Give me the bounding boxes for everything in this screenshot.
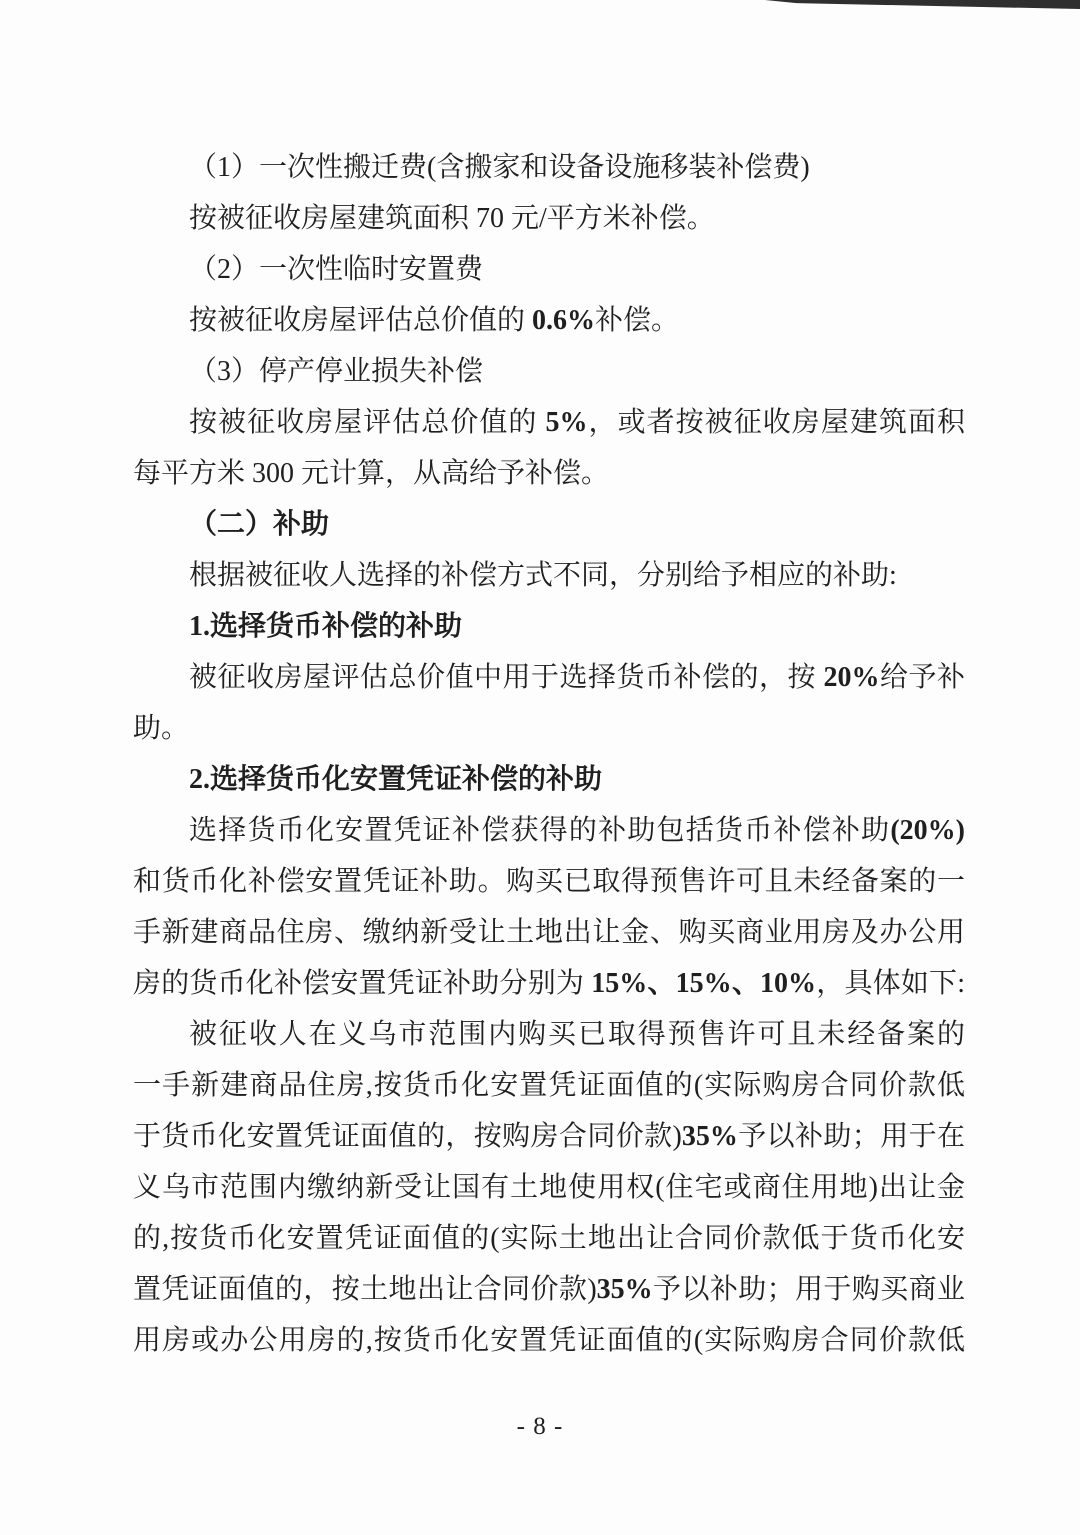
- text-segment: ，具体如下:: [816, 968, 965, 999]
- text-segment: 房的货币化补偿安置凭证补助分别为: [133, 968, 591, 999]
- text-line: 根据被征收人选择的补偿方式不同，分别给予相应的补助:: [133, 550, 965, 601]
- bold-text-segment: 5%: [546, 407, 588, 438]
- bold-text-segment: 35%: [597, 1274, 653, 1305]
- bold-text-segment: 15%、15%、10%: [591, 968, 816, 999]
- bold-text-segment: (20%): [890, 815, 965, 846]
- text-segment: 予以补助；用于购买商业: [653, 1274, 965, 1305]
- text-line: （1）一次性搬迁费(含搬家和设备设施移装补偿费): [133, 142, 965, 193]
- scan-edge-artifact: [765, 0, 1080, 9]
- text-segment: 每平方米 300 元计算，从高给予补偿。: [133, 458, 609, 489]
- bold-text-segment: 2.选择货币化安置凭证补偿的补助: [189, 764, 602, 795]
- text-segment: 义乌市范围内缴纳新受让国有土地使用权(住宅或商住用地)出让金: [133, 1172, 965, 1203]
- text-segment: 给予补: [879, 662, 965, 693]
- text-segment: 按被征收房屋评估总价值的: [189, 407, 546, 438]
- text-line: 和货币化补偿安置凭证补助。购买已取得预售许可且未经备案的一: [133, 856, 965, 907]
- text-segment: 和货币化补偿安置凭证补助。购买已取得预售许可且未经备案的一: [133, 866, 965, 897]
- text-line: 手新建商品住房、缴纳新受让土地出让金、购买商业用房及办公用: [133, 907, 965, 958]
- text-segment: 用房或办公用房的,按货币化安置凭证面值的(实际购房合同价款低: [133, 1325, 965, 1356]
- text-line: 置凭证面值的，按土地出让合同价款)35%予以补助；用于购买商业: [133, 1264, 965, 1315]
- bold-text-segment: （二）补助: [189, 509, 329, 540]
- text-segment: 被征收人在义乌市范围内购买已取得预售许可且未经备案的: [189, 1019, 965, 1050]
- text-segment: 助。: [133, 713, 189, 744]
- text-segment: （1）一次性搬迁费(含搬家和设备设施移装补偿费): [189, 152, 810, 183]
- text-line: 助。: [133, 703, 965, 754]
- text-segment: 按被征收房屋评估总价值的: [189, 305, 532, 336]
- text-line: 1.选择货币补偿的补助: [133, 601, 965, 652]
- document-body: （1）一次性搬迁费(含搬家和设备设施移装补偿费)按被征收房屋建筑面积 70 元/…: [133, 142, 965, 1366]
- text-line: 的,按货币化安置凭证面值的(实际土地出让合同价款低于货币化安: [133, 1213, 965, 1264]
- text-segment: 根据被征收人选择的补偿方式不同，分别给予相应的补助:: [189, 560, 897, 591]
- text-segment: 的,按货币化安置凭证面值的(实际土地出让合同价款低于货币化安: [133, 1223, 965, 1254]
- text-segment: 置凭证面值的，按土地出让合同价款): [133, 1274, 597, 1305]
- text-segment: 手新建商品住房、缴纳新受让土地出让金、购买商业用房及办公用: [133, 917, 965, 948]
- text-segment: 补偿。: [595, 305, 679, 336]
- text-segment: 予以补助；用于在: [738, 1121, 965, 1152]
- text-line: 义乌市范围内缴纳新受让国有土地使用权(住宅或商住用地)出让金: [133, 1162, 965, 1213]
- text-line: 按被征收房屋评估总价值的 0.6%补偿。: [133, 295, 965, 346]
- text-line: 按被征收房屋建筑面积 70 元/平方米补偿。: [133, 193, 965, 244]
- text-segment: 被征收房屋评估总价值中用于选择货币补偿的，按: [189, 662, 823, 693]
- text-line: 按被征收房屋评估总价值的 5%，或者按被征收房屋建筑面积: [133, 397, 965, 448]
- text-segment: （2）一次性临时安置费: [189, 254, 483, 285]
- bold-text-segment: 0.6%: [532, 305, 595, 336]
- text-segment: 选择货币化安置凭证补偿获得的补助包括货币补偿补助: [189, 815, 890, 846]
- text-line: 于货币化安置凭证面值的，按购房合同价款)35%予以补助；用于在: [133, 1111, 965, 1162]
- text-line: 用房或办公用房的,按货币化安置凭证面值的(实际购房合同价款低: [133, 1315, 965, 1366]
- text-line: （2）一次性临时安置费: [133, 244, 965, 295]
- text-line: 每平方米 300 元计算，从高给予补偿。: [133, 448, 965, 499]
- text-line: 2.选择货币化安置凭证补偿的补助: [133, 754, 965, 805]
- bold-text-segment: 1.选择货币补偿的补助: [189, 611, 462, 642]
- text-line: 被征收房屋评估总价值中用于选择货币补偿的，按 20%给予补: [133, 652, 965, 703]
- text-line: 房的货币化补偿安置凭证补助分别为 15%、15%、10%，具体如下:: [133, 958, 965, 1009]
- bold-text-segment: 35%: [682, 1121, 738, 1152]
- text-line: 选择货币化安置凭证补偿获得的补助包括货币补偿补助(20%): [133, 805, 965, 856]
- text-segment: 一手新建商品住房,按货币化安置凭证面值的(实际购房合同价款低: [133, 1070, 965, 1101]
- text-segment: 于货币化安置凭证面值的，按购房合同价款): [133, 1121, 682, 1152]
- text-segment: （3）停产停业损失补偿: [189, 356, 483, 387]
- text-segment: 按被征收房屋建筑面积 70 元/平方米补偿。: [189, 203, 715, 234]
- text-segment: ，或者按被征收房屋建筑面积: [588, 407, 966, 438]
- text-line: 被征收人在义乌市范围内购买已取得预售许可且未经备案的: [133, 1009, 965, 1060]
- text-line: 一手新建商品住房,按货币化安置凭证面值的(实际购房合同价款低: [133, 1060, 965, 1111]
- text-line: （3）停产停业损失补偿: [133, 346, 965, 397]
- text-line: （二）补助: [133, 499, 965, 550]
- page-number: - 8 -: [0, 1413, 1080, 1441]
- bold-text-segment: 20%: [823, 662, 879, 693]
- scanned-page: （1）一次性搬迁费(含搬家和设备设施移装补偿费)按被征收房屋建筑面积 70 元/…: [0, 0, 1080, 1535]
